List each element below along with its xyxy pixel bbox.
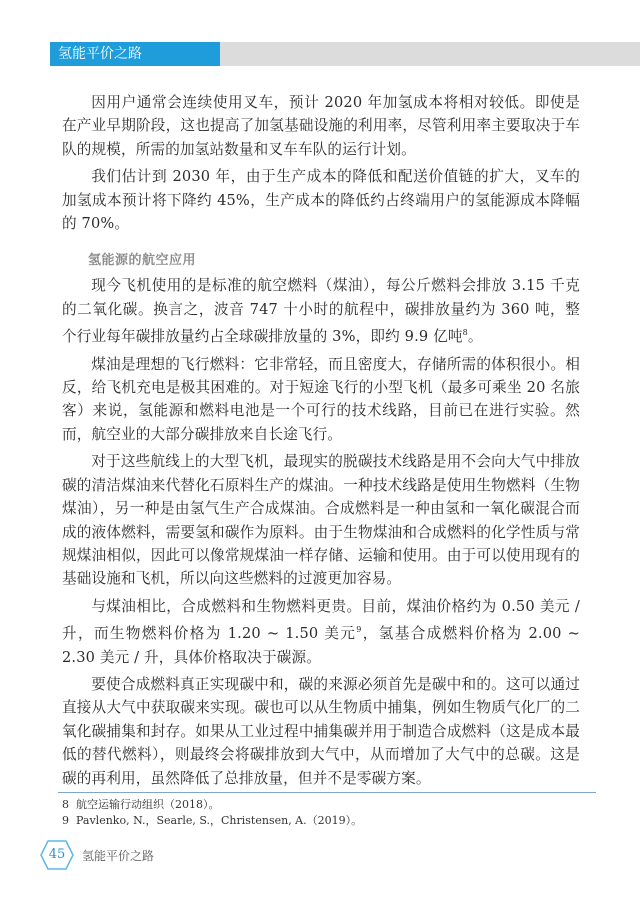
footnote-number: 9 (62, 813, 76, 829)
footnote-8: 8航空运输行动组织（2018）。 (62, 797, 362, 813)
page-number-badge: 45 (40, 840, 74, 870)
paragraph-forklift-2020: 因用户通常会连续使用叉车，预计 2020 年加氢成本将相对较低。即使是在产业早期… (62, 91, 580, 161)
paragraph-forklift-2030: 我们估计到 2030 年，由于生产成本的降低和配送价值链的扩大，叉车的加氢成本预… (62, 165, 580, 235)
paragraph-text: 现今飞机使用的是标准的航空燃料（煤油），每公斤燃料会排放 3.15 千克的二氧化… (62, 277, 580, 345)
footer-book-title: 氢能平价之路 (82, 847, 154, 864)
paragraph-kerosene-ideal: 煤油是理想的飞行燃料：它非常轻，而且密度大，存储所需的体积很小。相反，给飞机充电… (62, 353, 580, 447)
footnote-divider (58, 792, 596, 793)
paragraph-carbon-neutral: 要使合成燃料真正实现碳中和，碳的来源必须首先是碳中和的。这可以通过直接从大气中获… (62, 673, 580, 790)
footnotes: 8航空运输行动组织（2018）。 9Pavlenko, N.，Searle, S… (62, 797, 362, 829)
page-body: 因用户通常会连续使用叉车，预计 2020 年加氢成本将相对较低。即使是在产业早期… (62, 91, 580, 794)
footnote-text: Pavlenko, N.，Searle, S.，Christensen, A.（… (76, 814, 362, 827)
running-header-title: 氢能平价之路 (50, 42, 220, 66)
running-header-bar: 氢能平价之路 (50, 42, 640, 66)
footnote-number: 8 (62, 797, 76, 813)
page-footer: 45 氢能平价之路 (40, 840, 154, 870)
paragraph-fuel-prices: 与煤油相比，合成燃料和生物燃料更贵。目前，煤油价格约为 0.50 美元 / 升，… (62, 595, 580, 669)
footnote-9: 9Pavlenko, N.，Searle, S.，Christensen, A.… (62, 813, 362, 829)
paragraph-end: 。 (468, 328, 483, 345)
page-number: 45 (40, 840, 74, 870)
section-heading-aviation: 氢能源的航空应用 (88, 249, 580, 268)
footnote-text: 航空运输行动组织（2018）。 (76, 798, 220, 811)
paragraph-aviation-emissions: 现今飞机使用的是标准的航空燃料（煤油），每公斤燃料会排放 3.15 千克的二氧化… (62, 274, 580, 348)
paragraph-large-aircraft: 对于这些航线上的大型飞机，最现实的脱碳技术线路是用不会向大气中排放碳的清洁煤油来… (62, 450, 580, 590)
